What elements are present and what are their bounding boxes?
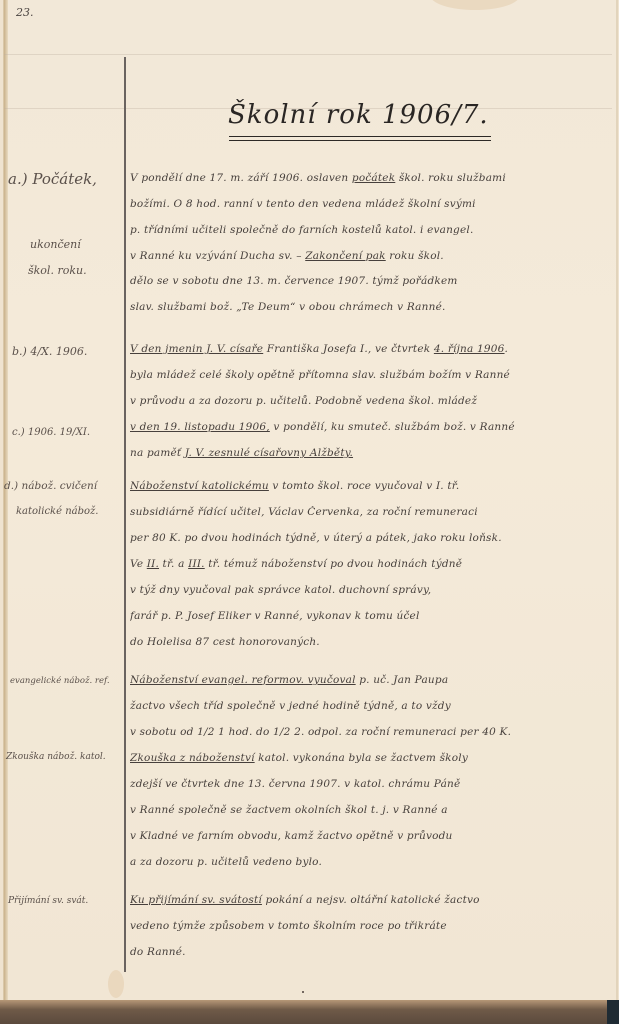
- margin-label-b: b.) 4/X. 1906.: [12, 345, 87, 358]
- margin-label-exam: Zkouška nábož. katol.: [6, 752, 106, 762]
- underlined-phrase: v den 19. listopadu 1906,: [130, 421, 270, 433]
- text-run: škol. roku službami: [395, 172, 506, 184]
- text-line: vedeno týmže způsobem v tomto školním ro…: [130, 920, 610, 932]
- page-spine-edge: [4, 0, 8, 1000]
- text-line: do Holelisa 87 cest honorovaných.: [130, 636, 610, 648]
- text-run: v pondělí, ku smuteč. službám bož. v Ran…: [270, 421, 515, 433]
- text-run: p. třídními učiteli společně do farních …: [130, 224, 473, 236]
- text-line: p. třídními učiteli společně do farních …: [130, 224, 610, 236]
- ledger-page: [3, 0, 618, 1000]
- underlined-phrase: II.: [147, 558, 159, 570]
- title-underline: [229, 136, 491, 141]
- text-line: Náboženství evangel. reformov. vyučoval …: [130, 674, 610, 686]
- text-run: na paměť: [130, 447, 185, 459]
- text-run: tř. a: [159, 558, 188, 570]
- text-line: Ku přijímání sv. svátostí pokání a nejsv…: [130, 894, 610, 906]
- background-corner: [607, 1000, 619, 1024]
- text-run: zdejší ve čtvrtek dne 13. června 1907. v…: [130, 778, 460, 790]
- text-run: v sobotu od 1/2 1 hod. do 1/2 2. odpol. …: [130, 726, 511, 738]
- underlined-phrase: V den jmenin J. V. císaře: [130, 343, 263, 355]
- text-run: vedeno týmže způsobem v tomto školním ro…: [130, 920, 447, 932]
- margin-label-d1: d.) nábož. cvičení: [4, 480, 97, 492]
- text-run: v Ranné společně se žactvem okolních ško…: [130, 804, 448, 816]
- text-line: v sobotu od 1/2 1 hod. do 1/2 2. odpol. …: [130, 726, 610, 738]
- text-run: v průvodu a za dozoru p. učitelů. Podobn…: [130, 395, 477, 407]
- text-line: v Ranné ku vzývání Ducha sv. – Zakončení…: [130, 250, 610, 262]
- ink-dot: [302, 991, 304, 993]
- text-run: do Holelisa 87 cest honorovaných.: [130, 636, 320, 648]
- page-number: 23.: [16, 6, 34, 19]
- underlined-phrase: Ku přijímání sv. svátostí: [130, 894, 262, 906]
- text-run: a za dozoru p. učitelů vedeno bylo.: [130, 856, 322, 868]
- underlined-phrase: 4. října 1906: [434, 343, 505, 355]
- text-line: božími. O 8 hod. ranní v tento den veden…: [130, 198, 610, 210]
- text-run: byla mládež celé školy opětně přítomna s…: [130, 369, 510, 381]
- underlined-phrase: Zkouška z náboženství: [130, 752, 255, 764]
- text-line: na paměť J. V. zesnulé císařovny Alžběty…: [130, 447, 610, 459]
- text-run: žactvo všech tříd společně v jedné hodin…: [130, 700, 451, 712]
- margin-label-c: c.) 1906. 19/XI.: [12, 427, 90, 438]
- paper-stain: [108, 970, 124, 998]
- text-line: žactvo všech tříd společně v jedné hodin…: [130, 700, 610, 712]
- text-run: v tomto škol. roce vyučoval v I. tř.: [269, 480, 460, 492]
- text-line: slav. službami bož. „Te Deum“ v obou chr…: [130, 301, 610, 313]
- text-run: pokání a nejsv. oltářní katolické žactvo: [262, 894, 480, 906]
- text-line: v den 19. listopadu 1906, v pondělí, ku …: [130, 421, 610, 433]
- margin-label-d2: katolické nábož.: [16, 506, 99, 517]
- text-run: dělo se v sobotu dne 13. m. července 190…: [130, 275, 458, 287]
- text-run: v týž dny vyučoval pak správce katol. du…: [130, 584, 431, 596]
- text-run: p. uč. Jan Paupa: [356, 674, 449, 686]
- text-run: subsidiárně řídící učitel, Václav Červen…: [130, 506, 478, 518]
- underlined-phrase: J. V. zesnulé císařovny Alžběty.: [185, 447, 353, 459]
- text-run: Františka Josefa I., ve čtvrtek: [263, 343, 434, 355]
- text-line: dělo se v sobotu dne 13. m. července 190…: [130, 275, 610, 287]
- text-line: V den jmenin J. V. císaře Františka Jose…: [130, 343, 610, 355]
- ruled-line: [4, 54, 612, 55]
- underlined-phrase: Zakončení pak: [305, 250, 386, 262]
- text-line: per 80 K. po dvou hodinách týdně, v úter…: [130, 532, 610, 544]
- text-line: Ve II. tř. a III. tř. témuž náboženství …: [130, 558, 610, 570]
- margin-label-a: a.) Počátek,: [8, 170, 97, 188]
- text-run: per 80 K. po dvou hodinách týdně, v úter…: [130, 532, 502, 544]
- margin-label-communion: Přijímání sv. svát.: [8, 896, 88, 906]
- text-line: a za dozoru p. učitelů vedeno bylo.: [130, 856, 610, 868]
- text-line: byla mládež celé školy opětně přítomna s…: [130, 369, 610, 381]
- underlined-phrase: počátek: [352, 172, 395, 184]
- text-line: Zkouška z náboženství katol. vykonána by…: [130, 752, 610, 764]
- text-line: zdejší ve čtvrtek dne 13. června 1907. v…: [130, 778, 610, 790]
- text-run: farář p. P. Josef Eliker v Ranné, vykona…: [130, 610, 420, 622]
- text-run: tř. témuž náboženství po dvou hodinách t…: [205, 558, 462, 570]
- text-line: v týž dny vyučoval pak správce katol. du…: [130, 584, 610, 596]
- book-binding-edge: [0, 1000, 619, 1024]
- margin-label-a-sub2: škol. roku.: [28, 264, 87, 277]
- text-run: v Kladné ve farním obvodu, kamž žactvo o…: [130, 830, 453, 842]
- margin-rule: [124, 57, 126, 972]
- text-line: Náboženství katolickému v tomto škol. ro…: [130, 480, 610, 492]
- text-run: V pondělí dne 17. m. září 1906. oslaven: [130, 172, 352, 184]
- text-line: v průvodu a za dozoru p. učitelů. Podobn…: [130, 395, 610, 407]
- text-run: do Ranné.: [130, 946, 186, 958]
- text-run: Ve: [130, 558, 147, 570]
- text-run: roku škol.: [386, 250, 444, 262]
- text-line: v Ranné společně se žactvem okolních ško…: [130, 804, 610, 816]
- underlined-phrase: III.: [188, 558, 205, 570]
- underlined-phrase: Náboženství katolickému: [130, 480, 269, 492]
- text-line: V pondělí dne 17. m. září 1906. oslaven …: [130, 172, 610, 184]
- text-run: v Ranné ku vzývání Ducha sv. –: [130, 250, 305, 262]
- page-title: Školní rok 1906/7.: [228, 100, 489, 130]
- text-run: katol. vykonána byla se žactvem školy: [255, 752, 468, 764]
- text-run: .: [505, 343, 509, 355]
- underlined-phrase: Náboženství evangel. reformov. vyučoval: [130, 674, 356, 686]
- text-line: do Ranné.: [130, 946, 610, 958]
- text-run: slav. službami bož. „Te Deum“ v obou chr…: [130, 301, 446, 313]
- margin-label-evangelical: evangelické nábož. ref.: [10, 676, 110, 686]
- text-line: farář p. P. Josef Eliker v Ranné, vykona…: [130, 610, 610, 622]
- text-run: božími. O 8 hod. ranní v tento den veden…: [130, 198, 476, 210]
- margin-label-a-sub1: ukončení: [30, 238, 81, 251]
- text-line: subsidiárně řídící učitel, Václav Červen…: [130, 506, 610, 518]
- text-line: v Kladné ve farním obvodu, kamž žactvo o…: [130, 830, 610, 842]
